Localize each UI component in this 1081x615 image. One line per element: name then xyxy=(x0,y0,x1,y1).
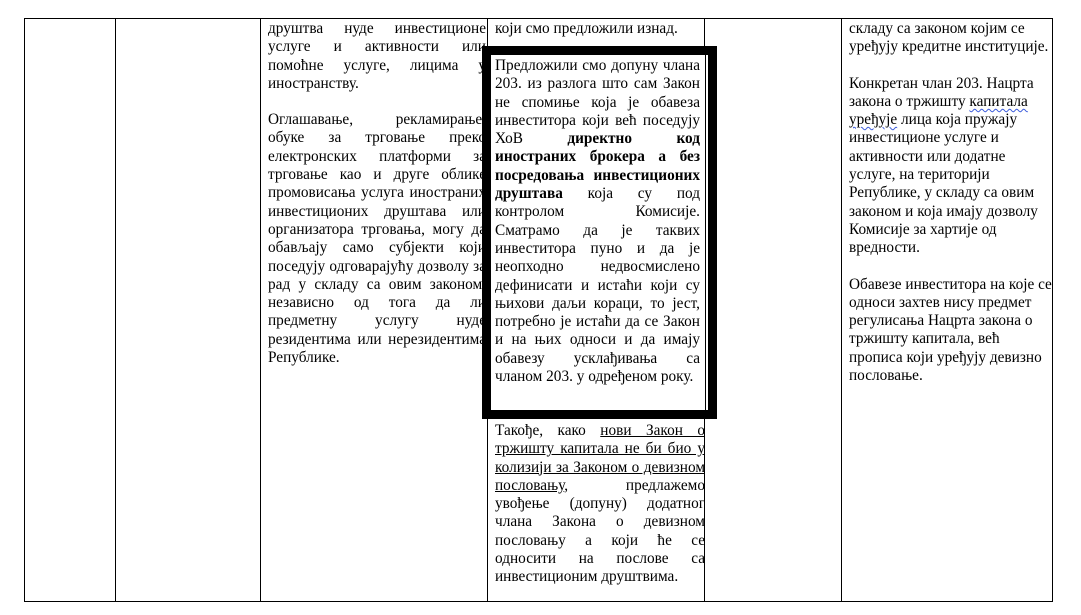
cell-proposal-top[interactable]: који смо предложили изнад. xyxy=(495,19,705,38)
column-divider xyxy=(260,19,261,601)
cell-proposal-highlighted[interactable]: Предложили смо допуну члана 203. из разл… xyxy=(495,57,700,386)
paragraph: складу са законом којим се уређују креди… xyxy=(849,20,1053,57)
spellcheck-flagged-word[interactable]: капитала xyxy=(969,93,1027,110)
spellcheck-flagged-word[interactable]: уређује xyxy=(849,111,897,128)
paragraph: Обавезе инвеститора на које се односи за… xyxy=(849,276,1053,386)
text-run: лица која пружају инвестиционе услуге и … xyxy=(849,111,1038,256)
text-run: Такође, како xyxy=(495,422,600,439)
cell-response[interactable]: складу са законом којим се уређују креди… xyxy=(849,19,1053,403)
paragraph: друштва нуде инвестиционе услуге и актив… xyxy=(268,20,486,93)
paragraph: Оглашавање, рекламирање, обуке за тргова… xyxy=(268,111,486,367)
paragraph: који смо предложили изнад. xyxy=(495,20,705,38)
highlight-box: Предложили смо допуну члана 203. из разл… xyxy=(482,46,717,419)
cell-proposal-bottom[interactable]: Такође, како нови Закон о тржишту капита… xyxy=(495,422,705,587)
column-divider xyxy=(705,55,706,410)
paragraph: Конкретан члан 203. Нацрта закона о тржи… xyxy=(849,75,1053,258)
paragraph: Такође, како нови Закон о тржишту капита… xyxy=(495,422,705,587)
text-run: која су под контролом Комисије. Сматрамо… xyxy=(495,185,700,385)
column-divider xyxy=(115,19,116,601)
cell-article-text[interactable]: друштва нуде инвестиционе услуге и актив… xyxy=(268,19,492,385)
comments-table: друштва нуде инвестиционе услуге и актив… xyxy=(24,18,1053,602)
column-divider xyxy=(841,19,842,601)
